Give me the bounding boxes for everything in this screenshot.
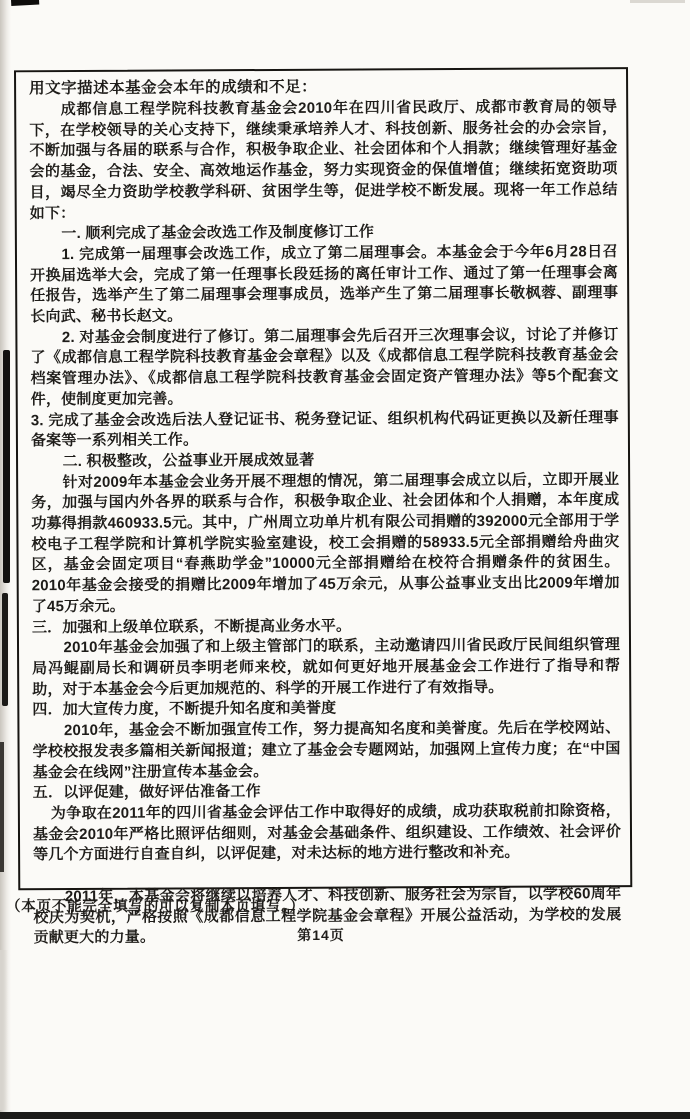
footnote: （本页不能完全填写的可以复制本页填写。） — [6, 895, 305, 916]
section-prompt-label: 用文字描述本基金会本年的成绩和不足： — [29, 75, 617, 100]
scan-artifact-bar-1 — [3, 350, 10, 583]
para-intro: 成都信息工程学院科技教育基金会2010年在四川省民政厅、成都市教育局的领导下，在… — [29, 97, 618, 224]
scan-edge-bottom-bar — [0, 1112, 690, 1119]
sec1-item-3: 3. 完成了基金会改选后法人登记证书、税务登记证、组织机构代码证更换以及新任理事… — [31, 408, 619, 452]
form-box: 用文字描述本基金会本年的成绩和不足： 成都信息工程学院科技教育基金会2010年在… — [14, 67, 632, 890]
scan-artifact-top-left-mark — [11, 0, 39, 6]
scan-artifact-bar-3 — [0, 742, 4, 872]
scan-artifact-bar-2 — [2, 593, 8, 706]
scan-artifact-top-right-smudge — [630, 0, 685, 3]
scan-edge-shadow-left-lower — [0, 950, 8, 1110]
sec3-body: 2010年基金会加强了和上级主管部门的联系，主动邀请四川省民政厅民间组织管理局冯… — [32, 635, 620, 700]
sec1-item-1: 1. 完成第一届理事会改选工作，成立了第二届理事会。本基金会于今年6月28日召开… — [30, 242, 618, 328]
page-number: 第14页 — [14, 925, 628, 945]
sec5-body: 为争取在2011年的四川省基金会评估工作中取得好的成绩，成功获取税前扣除资格，基… — [33, 801, 621, 866]
sec2-body: 针对2009年本基金会业务开展不理想的情况，第二届理事会成立以后，立即开展业务，… — [31, 470, 620, 618]
sec1-item-2: 2. 对基金会制度进行了修订。第二届理事会先后召开三次理事会议，讨论了并修订了《… — [30, 325, 618, 411]
sec4-body: 2010年，基金会不断加强宣传工作，努力提高知名度和美誉度。先后在学校网站、学校… — [32, 718, 620, 783]
